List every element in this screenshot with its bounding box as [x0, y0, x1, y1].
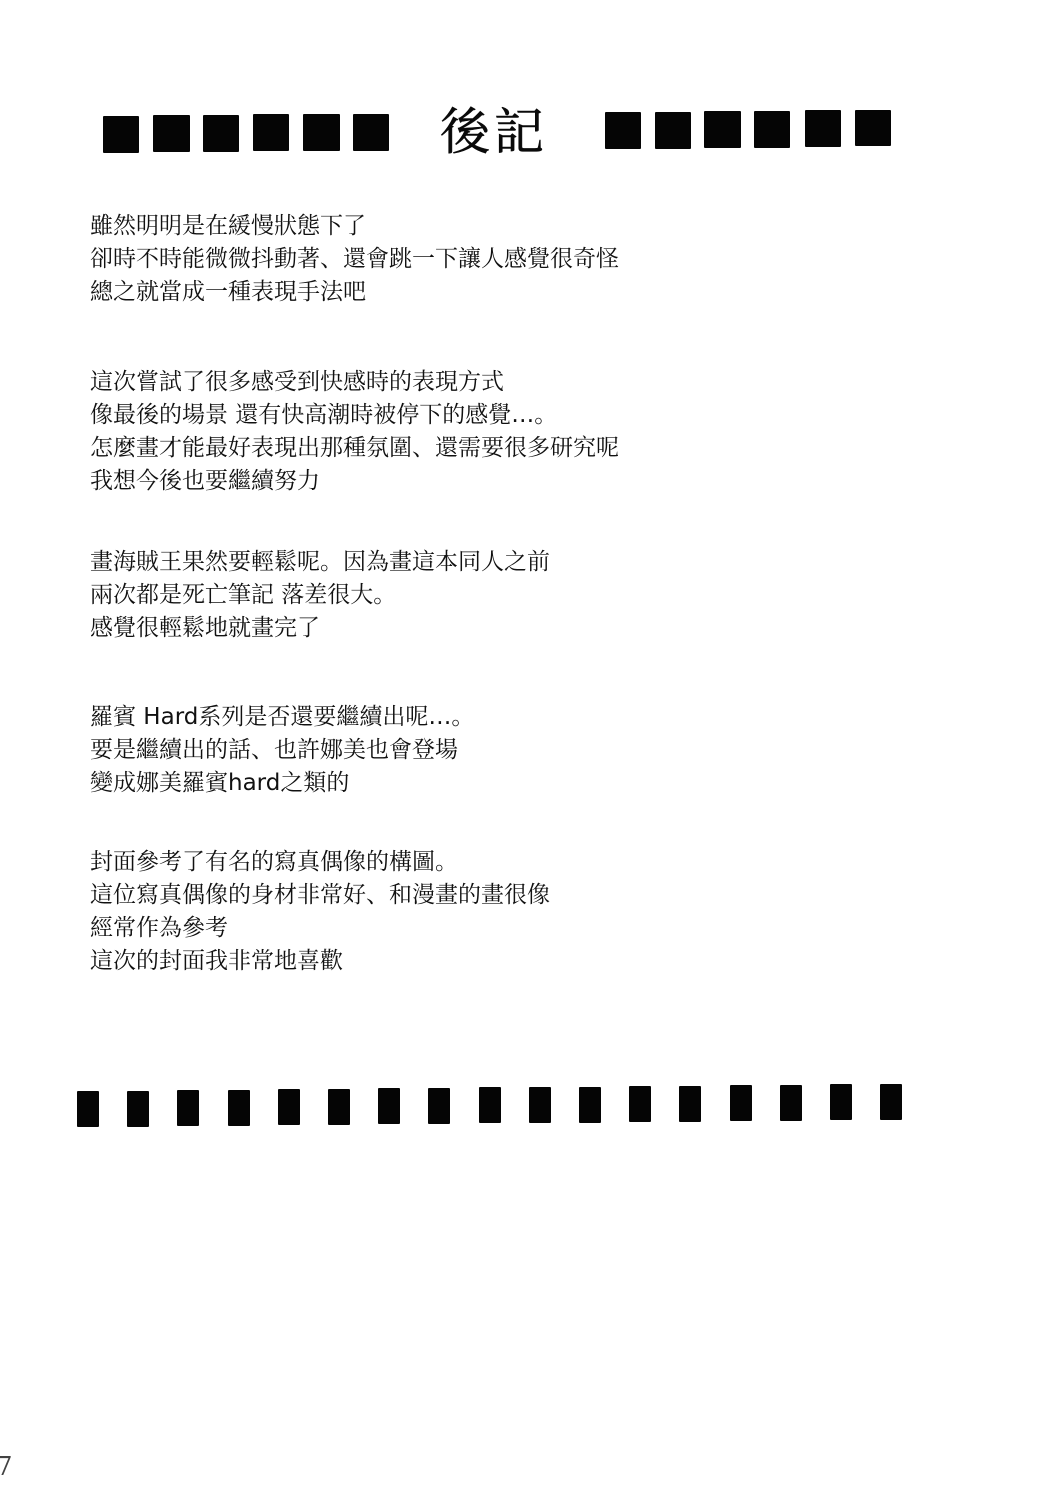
redaction-block [605, 112, 641, 149]
page-number: 7 [0, 1452, 13, 1482]
text-line: 總之就當成一種表現手法吧 [90, 276, 619, 309]
text-line: 怎麼畫才能最好表現出那種氛圍、還需要很多研究呢 [90, 432, 619, 465]
redaction-block [103, 116, 139, 153]
paragraph-2: 這次嘗試了很多感受到快感時的表現方式 像最後的場景 還有快高潮時被停下的感覺…。… [90, 366, 619, 498]
redaction-block [228, 1090, 250, 1126]
text-line: 這次嘗試了很多感受到快感時的表現方式 [90, 366, 619, 399]
text-line: 我想今後也要繼續努力 [90, 465, 619, 498]
redaction-block [479, 1087, 501, 1123]
text-line: 經常作為參考 [90, 912, 550, 945]
text-line: 像最後的場景 還有快高潮時被停下的感覺…。 [90, 399, 619, 432]
redaction-block [579, 1087, 601, 1123]
redaction-block [805, 110, 841, 147]
redaction-block [655, 112, 691, 149]
redaction-block [428, 1088, 450, 1124]
redaction-block [127, 1091, 149, 1127]
redaction-block [880, 1084, 902, 1120]
redaction-block [629, 1086, 651, 1122]
paragraph-1: 雖然明明是在緩慢狀態下了 卻時不時能微微抖動著、還會跳一下讓人感覺很奇怪 總之就… [90, 210, 619, 309]
redaction-block [153, 115, 190, 152]
redaction-block [77, 1091, 99, 1127]
text-line: 變成娜美羅賓hard之類的 [90, 767, 474, 800]
redaction-block [830, 1084, 852, 1120]
redaction-block [754, 111, 790, 148]
redaction-block [278, 1089, 300, 1125]
text-line: 這次的封面我非常地喜歡 [90, 945, 550, 978]
text-line: 羅賓 Hard系列是否還要繼續出呢…。 [90, 701, 474, 734]
page-title: 後記 [440, 100, 560, 164]
header-row: 後記 [0, 0, 1045, 200]
redaction-block [679, 1086, 701, 1122]
redaction-block [353, 114, 389, 151]
text-line: 這位寫真偶像的身材非常好、和漫畫的畫很像 [90, 879, 550, 912]
text-line: 卻時不時能微微抖動著、還會跳一下讓人感覺很奇怪 [90, 243, 619, 276]
paragraph-5: 封面參考了有名的寫真偶像的構圖。 這位寫真偶像的身材非常好、和漫畫的畫很像 經常… [90, 846, 550, 978]
redaction-block [378, 1088, 400, 1124]
text-line: 雖然明明是在緩慢狀態下了 [90, 210, 619, 243]
paragraph-4: 羅賓 Hard系列是否還要繼續出呢…。 要是繼續出的話、也許娜美也會登場 變成娜… [90, 701, 474, 800]
redaction-block [303, 114, 340, 151]
redaction-block [529, 1087, 551, 1123]
redaction-block [855, 110, 891, 146]
redaction-block [328, 1089, 350, 1125]
redaction-block [704, 111, 741, 148]
redaction-block [780, 1085, 802, 1121]
text-line: 感覺很輕鬆地就畫完了 [90, 612, 550, 645]
paragraph-3: 畫海賊王果然要輕鬆呢。因為畫這本同人之前 兩次都是死亡筆記 落差很大。 感覺很輕… [90, 546, 550, 645]
text-line: 要是繼續出的話、也許娜美也會登場 [90, 734, 474, 767]
text-line: 兩次都是死亡筆記 落差很大。 [90, 579, 550, 612]
redaction-block [730, 1085, 752, 1121]
redaction-block [177, 1090, 199, 1126]
redaction-block [203, 115, 239, 152]
text-line: 封面參考了有名的寫真偶像的構圖。 [90, 846, 550, 879]
text-line: 畫海賊王果然要輕鬆呢。因為畫這本同人之前 [90, 546, 550, 579]
redaction-block [253, 114, 289, 151]
